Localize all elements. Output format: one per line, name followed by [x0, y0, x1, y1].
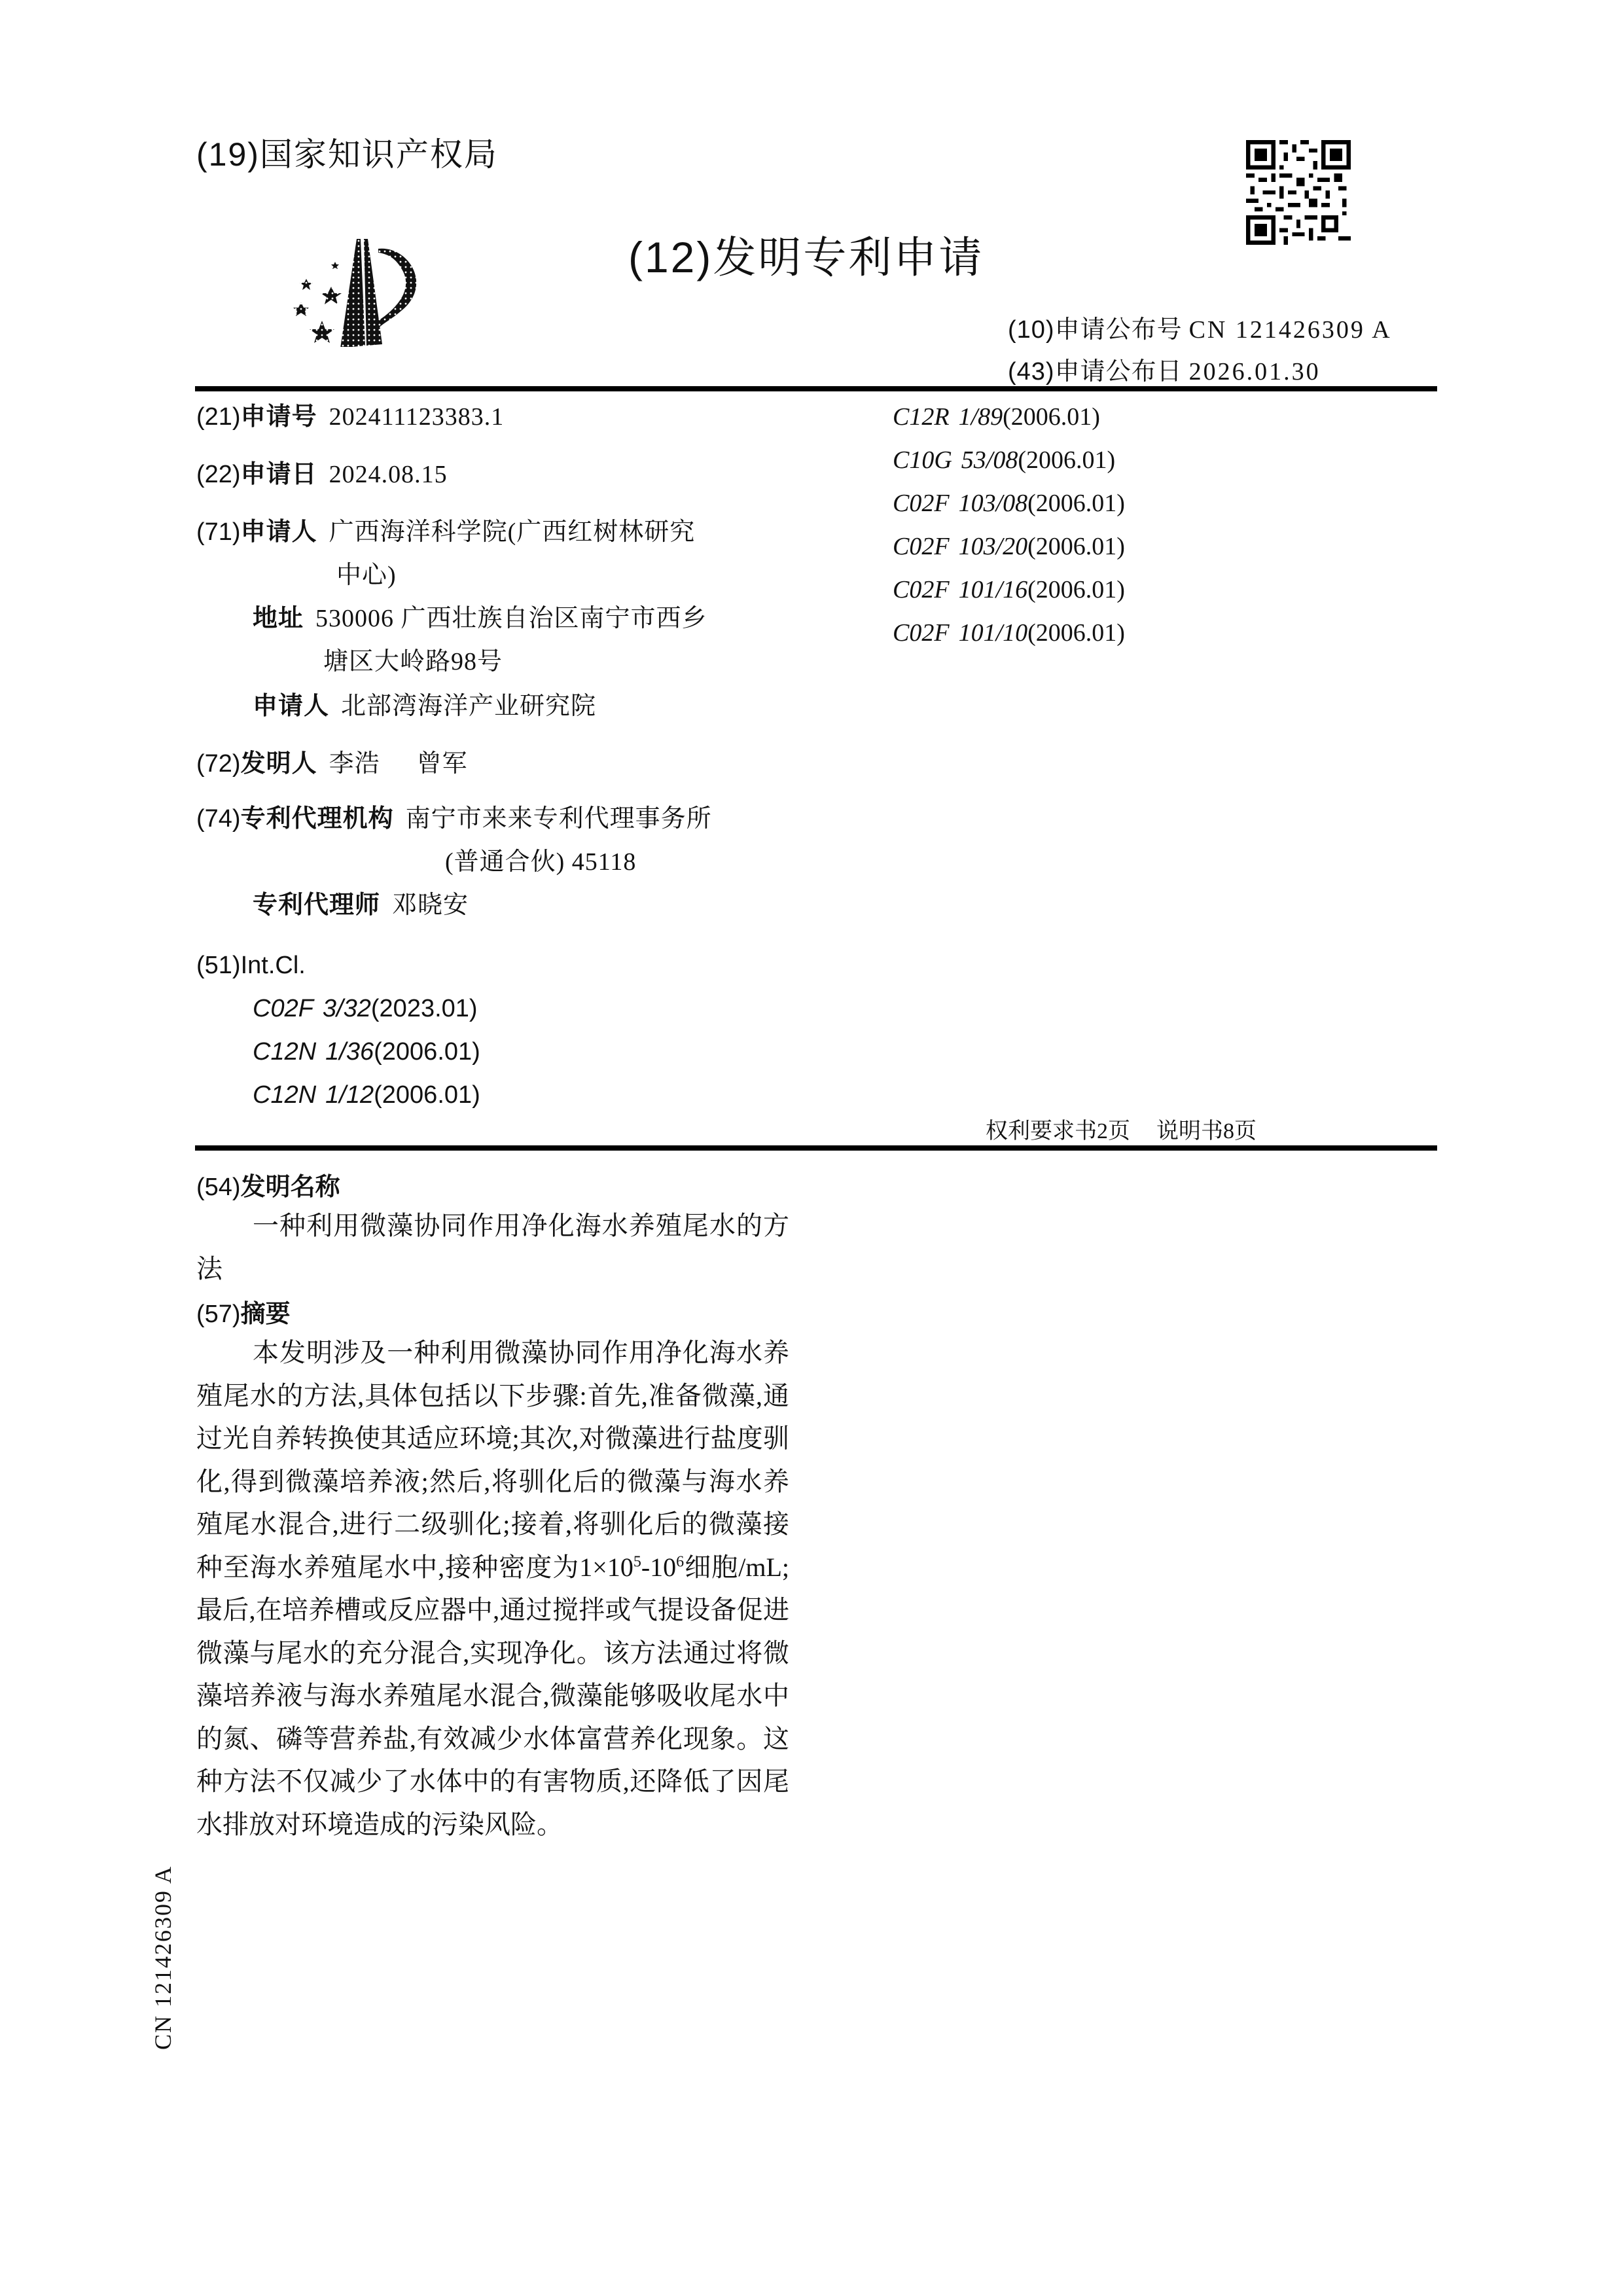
- divider-top: [195, 386, 1437, 391]
- field-code: (21): [196, 403, 241, 431]
- field-label: 申请号: [241, 403, 317, 431]
- field-value: 广西海洋科学院(广西红树林研究: [329, 518, 696, 546]
- agent-field: 专利代理师邓晓安: [253, 884, 469, 927]
- field-code: (74): [196, 805, 241, 833]
- field-value: 北部湾海洋产业研究院: [341, 692, 596, 720]
- field-code: (22): [196, 461, 241, 488]
- publication-date: (43)申请公布日2026.01.30: [1008, 351, 1321, 387]
- page-counts: 权利要求书2页说明书8页: [986, 1113, 1257, 1145]
- document-type-title: (12)发明专利申请: [628, 223, 984, 285]
- address-value-cont: 塘区大岭路98号: [323, 640, 503, 683]
- field-value: 2024.08.15: [329, 461, 448, 488]
- abstract-heading: (57)摘要: [196, 1293, 291, 1329]
- field-label: 发明人: [241, 750, 317, 778]
- ipc-entry: C12R1/89(2006.01): [893, 395, 1125, 439]
- ipc-entry: C10G53/08(2006.01): [893, 439, 1125, 482]
- section-code: (54): [196, 1174, 241, 1201]
- title-heading: (54)发明名称: [196, 1166, 340, 1202]
- applicant1-field: (71)申请人广西海洋科学院(广西红树林研究: [196, 511, 695, 554]
- agency-field: (74)专利代理机构南宁市来来专利代理事务所: [196, 797, 712, 840]
- ipc-right-list: C12R1/89(2006.01) C10G53/08(2006.01) C02…: [893, 395, 1125, 655]
- field-value: 202411123383.1: [329, 403, 505, 431]
- publication-date-value: 2026.01.30: [1189, 358, 1321, 386]
- ipc-entry: C02F103/08(2006.01): [893, 482, 1125, 525]
- ipc-entry: C02F101/16(2006.01): [893, 568, 1125, 611]
- section-code: (57): [196, 1300, 241, 1328]
- agency-value-cont: (普通合伙) 45118: [445, 840, 636, 884]
- field-value: 邓晓安: [392, 891, 469, 919]
- ipc-left-list: C02F3/32(2023.01) C12N1/36(2006.01) C12N…: [253, 987, 480, 1117]
- claims-pages: 权利要求书2页: [986, 1119, 1130, 1143]
- publication-number-label: (10)申请公布号: [1008, 316, 1183, 344]
- field-label: 申请日: [241, 461, 317, 488]
- cnipa-logo-icon: [267, 223, 424, 347]
- ipc-entry: C12N1/12(2006.01): [253, 1073, 480, 1117]
- invention-title: 一种利用微藻协同作用净化海水养殖尾水的方法: [196, 1204, 789, 1290]
- field-label: 申请人: [253, 692, 329, 720]
- field-code: (72): [196, 750, 241, 778]
- field-label: 专利代理师: [253, 891, 380, 919]
- description-pages: 说明书8页: [1156, 1119, 1257, 1143]
- field-label: 地址: [253, 605, 304, 632]
- filing-date-field: (22)申请日2024.08.15: [196, 453, 448, 496]
- address-field: 地址530006 广西壮族自治区南宁市西乡: [253, 597, 707, 640]
- field-label: Int.Cl.: [241, 952, 306, 979]
- int-cl-field: (51)Int.Cl.: [196, 944, 306, 987]
- field-value: 南宁市来来专利代理事务所: [406, 805, 712, 833]
- ipc-entry: C02F103/20(2006.01): [893, 525, 1125, 568]
- side-number-text: CN 121426309 A: [149, 1865, 177, 2050]
- applicant2-field: 申请人北部湾海洋产业研究院: [253, 685, 596, 728]
- application-number-field: (21)申请号202411123383.1: [196, 395, 504, 439]
- field-label: 申请人: [241, 518, 317, 546]
- divider-mid: [195, 1145, 1437, 1151]
- publication-number-value: CN 121426309 A: [1189, 316, 1392, 344]
- abstract-body: 本发明涉及一种利用微藻协同作用净化海水养殖尾水的方法,具体包括以下步骤:首先,准…: [196, 1331, 789, 1846]
- field-code: (51): [196, 952, 241, 979]
- field-label: 专利代理机构: [241, 805, 394, 833]
- ipc-entry: C12N1/36(2006.01): [253, 1030, 480, 1073]
- ipc-entry: C02F101/10(2006.01): [893, 611, 1125, 655]
- applicant1-value-cont: 中心): [336, 554, 397, 597]
- qr-code-icon: [1246, 140, 1351, 245]
- section-label: 发明名称: [241, 1174, 340, 1201]
- inventor-name: 曾军: [417, 750, 468, 778]
- office-name: (19)国家知识产权局: [196, 128, 498, 175]
- side-publication-number: CN 121426309 A: [148, 1827, 181, 2050]
- inventors-field: (72)发明人李浩曾军: [196, 742, 468, 785]
- section-label: 摘要: [241, 1300, 291, 1328]
- ipc-entry: C02F3/32(2023.01): [253, 987, 480, 1030]
- field-code: (71): [196, 518, 241, 546]
- field-value: 530006 广西壮族自治区南宁市西乡: [315, 605, 707, 632]
- inventor-name: 李浩: [329, 750, 380, 778]
- publication-date-label: (43)申请公布日: [1008, 358, 1183, 386]
- publication-number: (10)申请公布号CN 121426309 A: [1008, 309, 1392, 345]
